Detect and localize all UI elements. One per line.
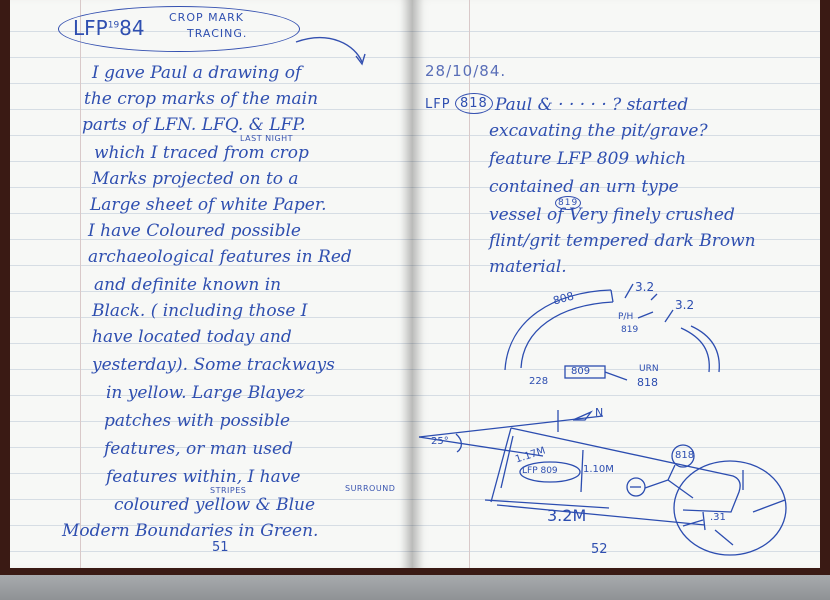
text-line: patches with possible — [104, 408, 290, 434]
table-surface — [0, 575, 830, 600]
text-line: archaeological features in Red — [88, 244, 352, 270]
circle-dim-label: .31 — [710, 512, 726, 523]
page-number: 52 — [591, 542, 608, 557]
text-line: I gave Paul a drawing of — [92, 60, 301, 86]
text-line: features, or man used — [104, 436, 293, 462]
text-line: in yellow. Large Blayez — [106, 380, 305, 406]
text-line: Modern Boundaries in Green. — [62, 518, 318, 544]
posthole-number: 819 — [621, 325, 638, 335]
north-label: N — [595, 406, 603, 419]
left-page: LFP1984 CROP MARK TRACING. I gave Paul a… — [10, 0, 413, 568]
text-line: and definite known in — [94, 272, 281, 298]
text-line: yesterday). Some trackways — [92, 352, 335, 378]
urn-number: 818 — [637, 376, 658, 389]
text-line: Black. ( including those I — [92, 298, 308, 324]
insertion-surround: SURROUND — [345, 484, 395, 493]
width-label-2: 1.10M — [583, 464, 614, 475]
text-line: have located today and — [92, 324, 292, 350]
pit-label: 228 — [529, 376, 548, 387]
dim-label-b: 3.2 — [675, 298, 694, 312]
text-line: which I traced from crop — [94, 140, 309, 166]
right-page: 28/10/84. LFP 818 Paul & · · · · · ? sta… — [413, 0, 820, 568]
length-label: 3.2M — [547, 506, 586, 525]
book-spine — [400, 0, 424, 568]
text-line: Marks projected on to a — [92, 166, 299, 192]
text-line: features within, I have — [106, 464, 300, 490]
urn-label: URN — [639, 364, 659, 374]
text-line: Large sheet of white Paper. — [90, 192, 327, 218]
feature-box-label: 809 — [571, 366, 590, 377]
angle-label: 25° — [431, 436, 449, 447]
excavation-diagram — [413, 0, 820, 568]
text-line: coloured yellow & Blue — [114, 492, 315, 518]
dim-label-a: 3.2 — [635, 280, 654, 294]
text-line: the crop marks of the main — [84, 86, 318, 112]
posthole-label: P/H — [618, 312, 633, 322]
text-line: I have Coloured possible — [88, 218, 301, 244]
page-number: 51 — [212, 540, 229, 555]
feature-oval-label: LFP 809 — [522, 466, 558, 476]
circled-ref-label: 818 — [675, 450, 694, 461]
